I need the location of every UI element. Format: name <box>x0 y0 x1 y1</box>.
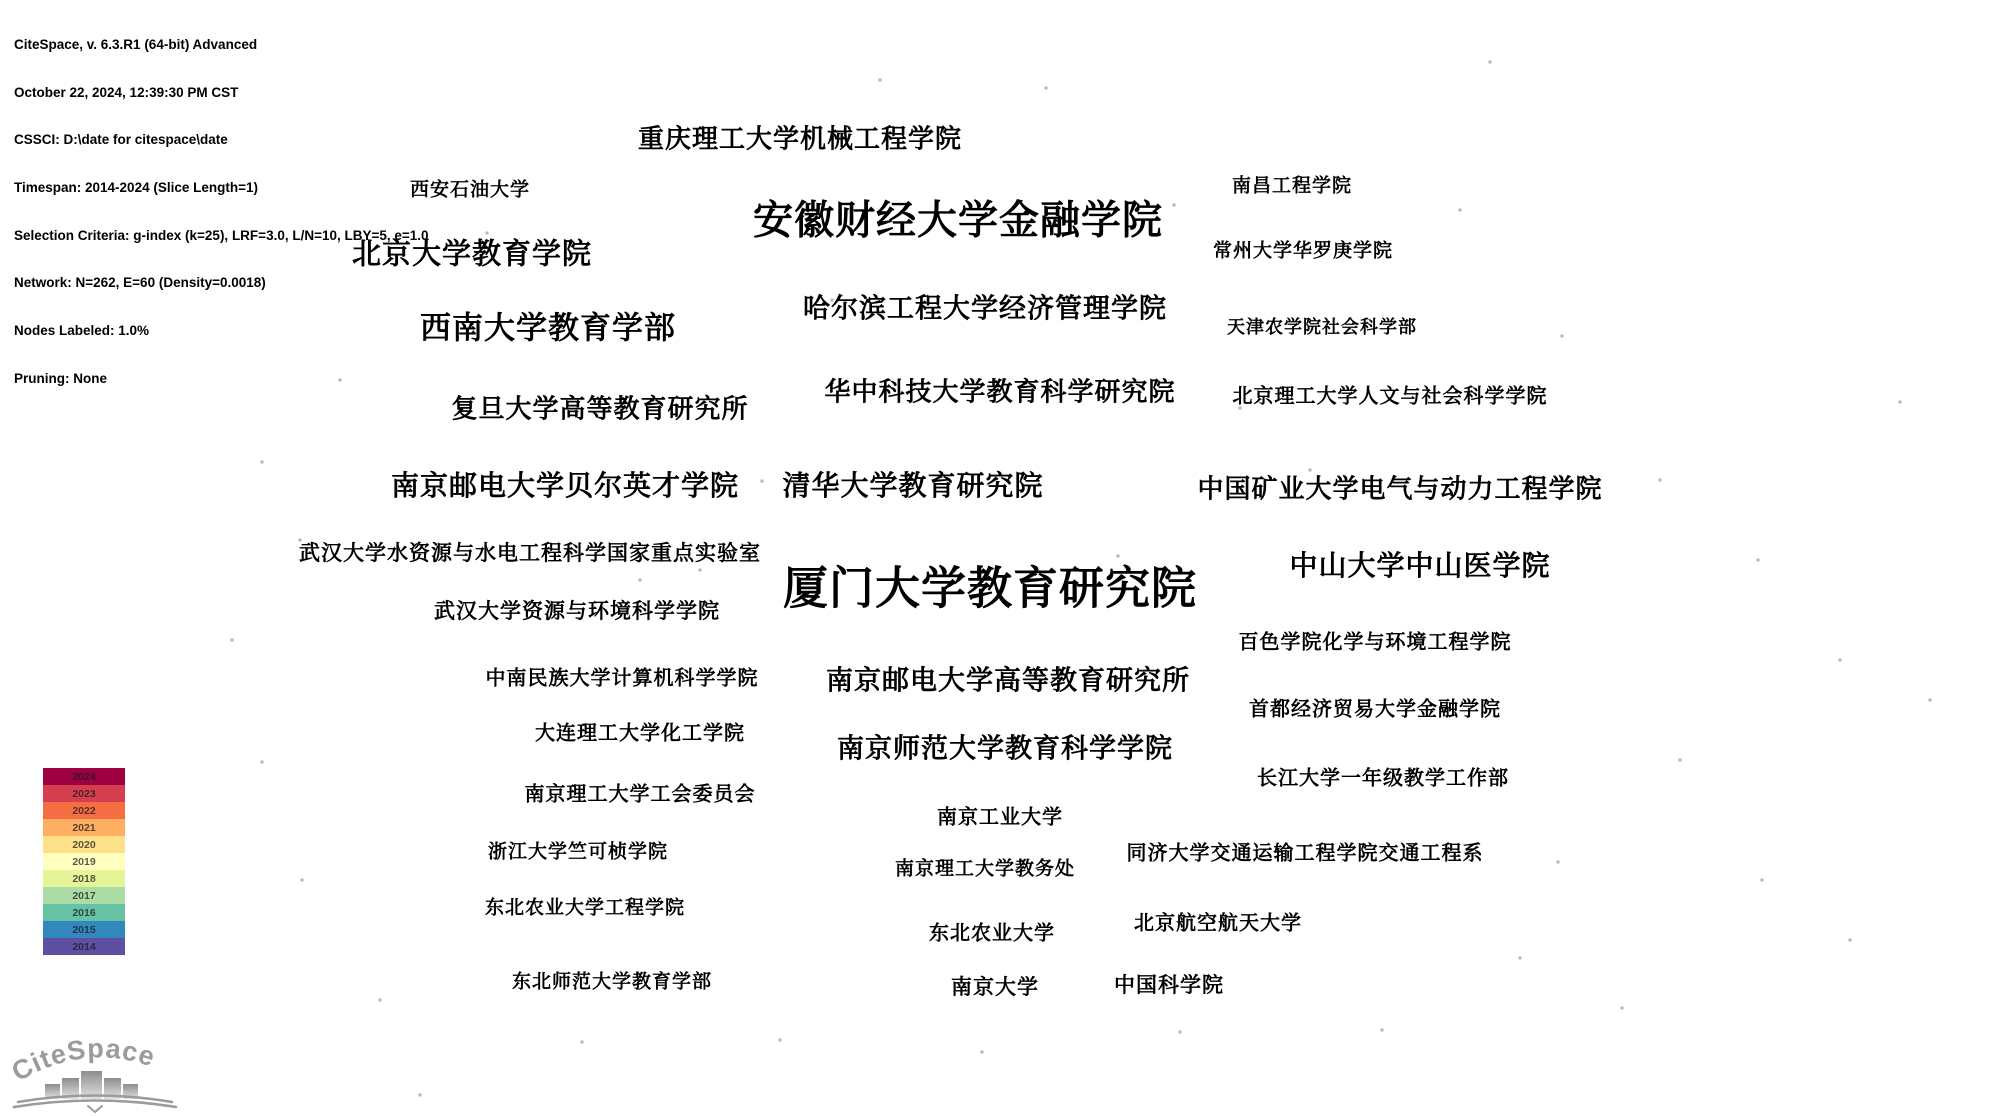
node-dot[interactable] <box>1929 699 1932 702</box>
legend-year-row: 2023 <box>43 785 125 802</box>
node-dot[interactable] <box>1489 61 1492 64</box>
node-dot[interactable] <box>379 999 382 1002</box>
node-label[interactable]: 南京工业大学 <box>937 801 1063 830</box>
node-dot[interactable] <box>261 461 264 464</box>
node-dot[interactable] <box>419 1094 422 1097</box>
node-dot[interactable] <box>1561 335 1564 338</box>
node-dot[interactable] <box>699 569 702 572</box>
legend-year-row: 2022 <box>43 802 125 819</box>
node-dot[interactable] <box>339 379 342 382</box>
node-label[interactable]: 中南民族大学计算机科学学院 <box>486 662 759 691</box>
citespace-logo: CiteSpace <box>8 1026 186 1114</box>
info-line-version: CiteSpace, v. 6.3.R1 (64-bit) Advanced <box>14 37 429 53</box>
node-label[interactable]: 北京理工大学人文与社会科学学院 <box>1233 380 1548 409</box>
node-label[interactable]: 南京师范大学教育科学学院 <box>837 727 1173 766</box>
legend-year-row: 2016 <box>43 904 125 921</box>
node-dot[interactable] <box>761 480 764 483</box>
node-label[interactable]: 复旦大学高等教育研究所 <box>451 389 748 426</box>
info-line-labeled: Nodes Labeled: 1.0% <box>14 323 429 339</box>
node-dot[interactable] <box>301 879 304 882</box>
node-dot[interactable] <box>1519 957 1522 960</box>
node-dot[interactable] <box>1045 87 1048 90</box>
node-dot[interactable] <box>1173 204 1176 207</box>
node-label[interactable]: 首都经济贸易大学金融学院 <box>1249 693 1501 722</box>
info-line-network: Network: N=262, E=60 (Density=0.0018) <box>14 275 429 291</box>
legend-year-row: 2024 <box>43 768 125 785</box>
year-legend: 2024202320222021202020192018201720162015… <box>43 768 125 955</box>
node-label[interactable]: 西南大学教育学部 <box>420 303 676 348</box>
node-label[interactable]: 南京邮电大学高等教育研究所 <box>826 659 1190 698</box>
info-line-timespan: Timespan: 2014-2024 (Slice Length=1) <box>14 180 429 196</box>
node-dot[interactable] <box>1659 479 1662 482</box>
node-label[interactable]: 中国矿业大学电气与动力工程学院 <box>1197 469 1602 506</box>
node-dot[interactable] <box>1757 559 1760 562</box>
node-dot[interactable] <box>299 539 302 542</box>
node-label[interactable]: 常州大学华罗庚学院 <box>1213 236 1393 263</box>
node-label[interactable]: 浙江大学竺可桢学院 <box>488 837 668 864</box>
node-dot[interactable] <box>1899 401 1902 404</box>
legend-year-row: 2019 <box>43 853 125 870</box>
node-label[interactable]: 长江大学一年级教学工作部 <box>1257 762 1509 791</box>
node-label[interactable]: 厦门大学教育研究院 <box>783 552 1197 617</box>
legend-year-row: 2015 <box>43 921 125 938</box>
node-label[interactable]: 东北农业大学工程学院 <box>485 893 685 920</box>
node-label[interactable]: 中山大学中山医学院 <box>1289 544 1550 584</box>
node-dot[interactable] <box>1621 1007 1624 1010</box>
info-line-pruning: Pruning: None <box>14 371 429 387</box>
node-label[interactable]: 北京航空航天大学 <box>1134 907 1302 936</box>
node-dot[interactable] <box>981 1051 984 1054</box>
node-dot[interactable] <box>879 79 882 82</box>
node-label[interactable]: 东北师范大学教育学部 <box>512 967 712 994</box>
network-canvas[interactable]: CiteSpace, v. 6.3.R1 (64-bit) Advanced O… <box>0 0 2000 1116</box>
node-dot[interactable] <box>1239 407 1242 410</box>
run-info: CiteSpace, v. 6.3.R1 (64-bit) Advanced O… <box>14 5 429 419</box>
legend-year-row: 2017 <box>43 887 125 904</box>
node-label[interactable]: 哈尔滨工程大学经济管理学院 <box>803 287 1167 326</box>
node-dot[interactable] <box>581 1041 584 1044</box>
node-label[interactable]: 东北农业大学 <box>929 917 1055 946</box>
node-dot[interactable] <box>1557 861 1560 864</box>
node-dot[interactable] <box>1849 939 1852 942</box>
info-line-source: CSSCI: D:\date for citespace\date <box>14 132 429 148</box>
legend-year-row: 2021 <box>43 819 125 836</box>
node-dot[interactable] <box>1117 555 1120 558</box>
node-label[interactable]: 西安石油大学 <box>410 175 530 202</box>
node-dot[interactable] <box>231 639 234 642</box>
node-dot[interactable] <box>261 761 264 764</box>
node-dot[interactable] <box>1679 759 1682 762</box>
node-label[interactable]: 同济大学交通运输工程学院交通工程系 <box>1127 837 1484 866</box>
node-label[interactable]: 南京理工大学工会委员会 <box>525 778 756 807</box>
node-dot[interactable] <box>1381 1029 1384 1032</box>
node-label[interactable]: 华中科技大学教育科学研究院 <box>824 372 1175 409</box>
node-label[interactable]: 安徽财经大学金融学院 <box>753 189 1163 246</box>
legend-year-row: 2020 <box>43 836 125 853</box>
node-label[interactable]: 中国科学院 <box>1114 969 1224 999</box>
node-dot[interactable] <box>1309 469 1312 472</box>
node-dot[interactable] <box>639 579 642 582</box>
node-label[interactable]: 武汉大学水资源与水电工程科学国家重点实验室 <box>299 537 761 567</box>
node-label[interactable]: 大连理工大学化工学院 <box>535 717 745 746</box>
node-label[interactable]: 天津农学院社会科学部 <box>1227 313 1417 339</box>
node-dot[interactable] <box>1761 879 1764 882</box>
node-label[interactable]: 百色学院化学与环境工程学院 <box>1239 626 1512 655</box>
node-dot[interactable] <box>486 232 489 235</box>
node-dot[interactable] <box>1839 659 1842 662</box>
node-dot[interactable] <box>1459 209 1462 212</box>
node-label[interactable]: 清华大学教育研究院 <box>782 464 1043 504</box>
node-label[interactable]: 南京邮电大学贝尔英才学院 <box>391 464 739 504</box>
node-dot[interactable] <box>1179 1031 1182 1034</box>
legend-year-row: 2014 <box>43 938 125 955</box>
node-label[interactable]: 南京大学 <box>951 971 1039 1001</box>
node-dot[interactable] <box>779 1039 782 1042</box>
node-dot[interactable] <box>831 299 834 302</box>
node-label[interactable]: 重庆理工大学机械工程学院 <box>638 119 962 156</box>
node-label[interactable]: 北京大学教育学院 <box>352 232 592 273</box>
node-label[interactable]: 武汉大学资源与环境科学学院 <box>434 595 720 625</box>
node-label[interactable]: 南昌工程学院 <box>1232 171 1352 198</box>
node-label[interactable]: 南京理工大学教务处 <box>895 854 1075 881</box>
info-line-date: October 22, 2024, 12:39:30 PM CST <box>14 85 429 101</box>
legend-year-row: 2018 <box>43 870 125 887</box>
